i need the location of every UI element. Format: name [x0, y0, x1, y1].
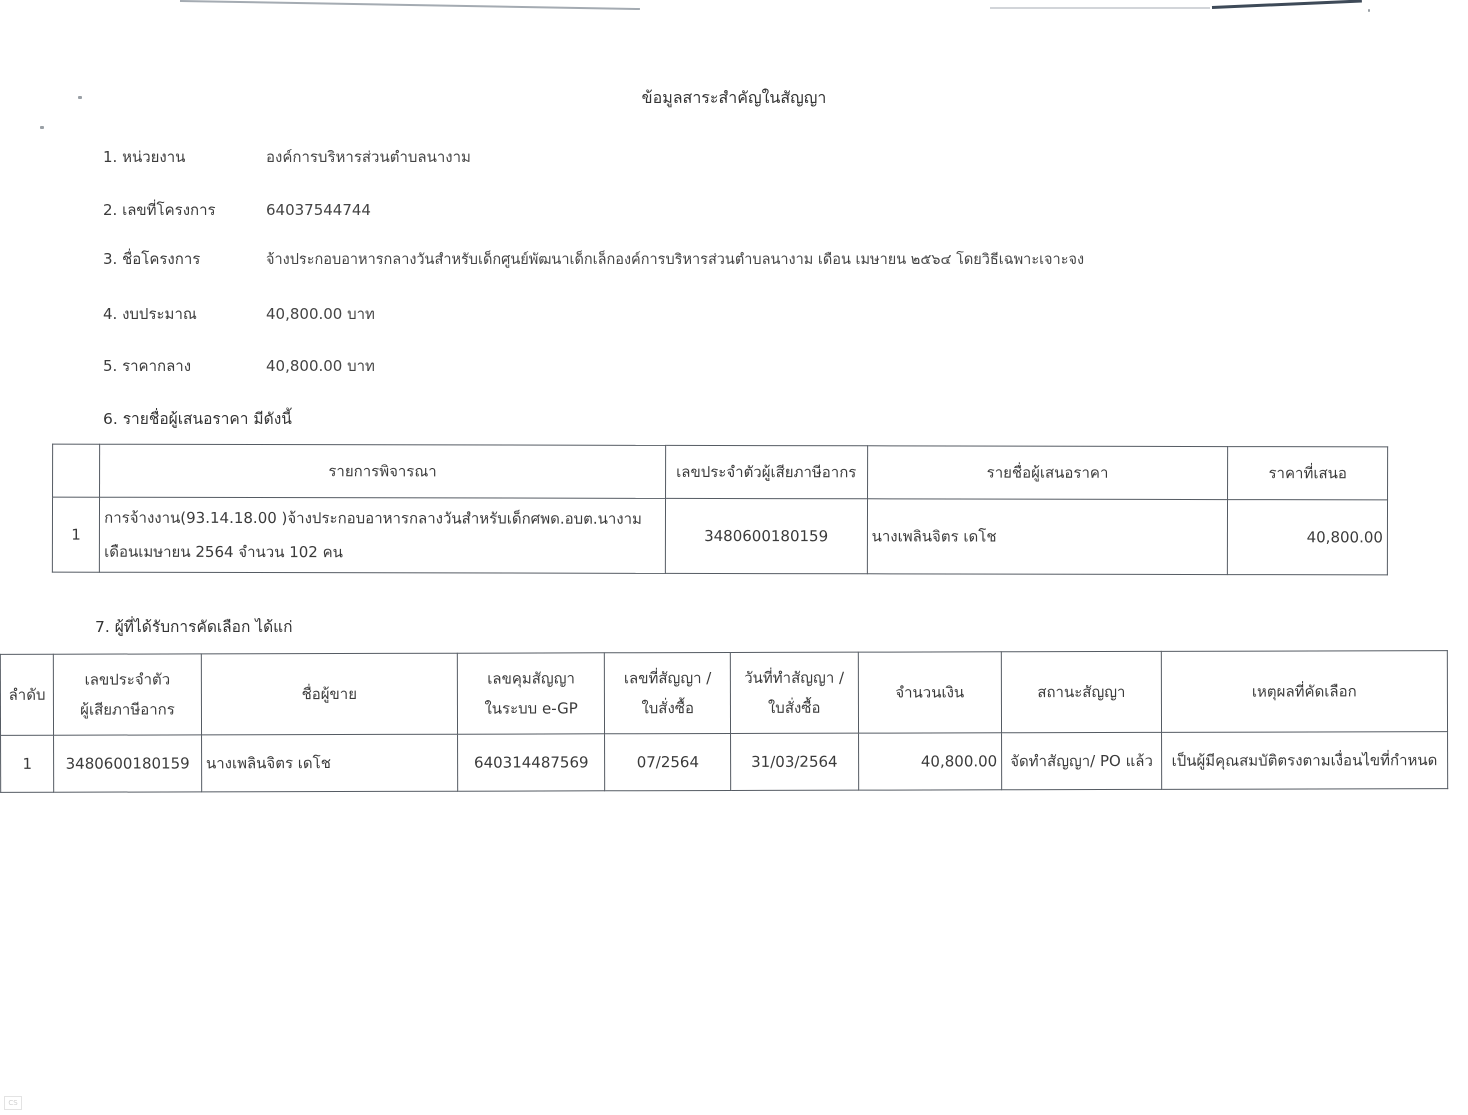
- column-header-seq: ลำดับ: [0, 654, 53, 735]
- field-project-name: 3. ชื่อโครงการ จ้างประกอบอาหารกลางวันสำห…: [103, 247, 1084, 271]
- header-text: วันที่ทำสัญญา /: [735, 663, 854, 693]
- column-header-egp-control: เลขคุมสัญญาในระบบ e-GP: [457, 653, 605, 734]
- winner-table: ลำดับ เลขประจำตัวผู้เสียภาษีอากร ชื่อผู้…: [0, 650, 1448, 793]
- header-text: ชื่อผู้ขาย: [302, 685, 358, 703]
- header-text: ผู้เสียภาษีอากร: [58, 694, 197, 724]
- field-label: 4. งบประมาณ: [103, 302, 266, 326]
- column-header-reason: เหตุผลที่คัดเลือก: [1161, 651, 1447, 733]
- header-text: เหตุผลที่คัดเลือก: [1252, 682, 1357, 700]
- field-value: จ้างประกอบอาหารกลางวันสำหรับเด็กศูนย์พัฒ…: [266, 248, 1084, 271]
- cell-bidder: นางเพลินจิตร เดโช: [867, 499, 1228, 575]
- cell-seller: นางเพลินจิตร เดโช: [201, 734, 457, 792]
- header-text: ใบสั่งซื้อ: [735, 693, 854, 723]
- header-text: เลขคุมสัญญา: [462, 663, 601, 693]
- table-row: 1 3480600180159 นางเพลินจิตร เดโช 640314…: [1, 732, 1448, 793]
- field-value: 64037544744: [266, 201, 371, 219]
- cell-item: การจ้างงาน(93.14.18.00 )จ้างประกอบอาหารก…: [100, 497, 666, 573]
- header-text: ใบสั่งซื้อ: [609, 693, 726, 723]
- column-header-tax-id: เลขประจำตัวผู้เสียภาษีอากร: [665, 445, 867, 498]
- cell-status: จัดทำสัญญา/ PO แล้ว: [1002, 732, 1162, 789]
- cell-egp-control: 640314487569: [457, 734, 605, 791]
- table-header-row: ลำดับ เลขประจำตัวผู้เสียภาษีอากร ชื่อผู้…: [0, 651, 1447, 736]
- cell-item-line2: เดือนเมษายน 2564 จำนวน 102 คน: [104, 535, 661, 570]
- scan-edge-right: [990, 7, 1210, 9]
- header-text: ในระบบ e-GP: [462, 693, 601, 723]
- column-header-bidder: รายชื่อผู้เสนอราคา: [867, 446, 1228, 500]
- field-label: 2. เลขที่โครงการ: [103, 198, 266, 222]
- bidders-table: รายการพิจารณา เลขประจำตัวผู้เสียภาษีอากร…: [52, 444, 1388, 576]
- cell-contract-date: 31/03/2564: [731, 733, 859, 790]
- scan-edge-left: [180, 0, 640, 10]
- field-project-number: 2. เลขที่โครงการ 64037544744: [103, 198, 371, 222]
- header-text: จำนวนเงิน: [895, 683, 964, 701]
- column-header-contract-no: เลขที่สัญญา /ใบสั่งซื้อ: [605, 652, 731, 733]
- field-value: 40,800.00 บาท: [266, 302, 375, 326]
- column-header-item: รายการพิจารณา: [100, 444, 666, 498]
- field-agency: 1. หน่วยงาน องค์การบริหารส่วนตำบลนางาม: [103, 145, 471, 169]
- field-value: 40,800.00 บาท: [266, 354, 375, 378]
- field-label: 5. ราคากลาง: [103, 354, 266, 378]
- cell-amount: 40,800.00: [858, 733, 1002, 790]
- scan-speck: [1368, 9, 1370, 12]
- field-budget: 4. งบประมาณ 40,800.00 บาท: [103, 302, 375, 326]
- column-header-contract-date: วันที่ทำสัญญา /ใบสั่งซื้อ: [730, 652, 858, 733]
- scanner-logo-icon: CS: [4, 1096, 22, 1110]
- field-label: 3. ชื่อโครงการ: [103, 247, 266, 271]
- section6-heading: 6. รายชื่อผู้เสนอราคา มีดังนี้: [103, 406, 292, 431]
- field-label: 1. หน่วยงาน: [103, 145, 266, 169]
- section7-heading: 7. ผู้ที่ได้รับการคัดเลือก ได้แก่: [95, 614, 293, 639]
- cell-no: 1: [52, 497, 99, 572]
- cell-contract-no: 07/2564: [605, 733, 731, 790]
- table-header-row: รายการพิจารณา เลขประจำตัวผู้เสียภาษีอากร…: [53, 444, 1388, 500]
- column-header-status: สถานะสัญญา: [1001, 651, 1161, 732]
- header-text: สถานะสัญญา: [1037, 683, 1125, 701]
- header-text: ลำดับ: [9, 686, 46, 704]
- cell-tax-id: 3480600180159: [54, 735, 202, 792]
- scan-edge-dark: [1212, 0, 1362, 9]
- header-text: เลขประจำตัว: [58, 664, 197, 694]
- column-header-amount: จำนวนเงิน: [858, 652, 1002, 733]
- table-row: 1 การจ้างงาน(93.14.18.00 )จ้างประกอบอาหา…: [52, 497, 1387, 575]
- document-title: ข้อมูลสาระสำคัญในสัญญา: [0, 86, 1468, 111]
- cell-tax-id: 3480600180159: [665, 498, 867, 573]
- cell-item-line1: การจ้างงาน(93.14.18.00 )จ้างประกอบอาหารก…: [104, 501, 661, 536]
- column-header-price: ราคาที่เสนอ: [1228, 447, 1388, 500]
- column-header-no: [53, 444, 100, 497]
- column-header-seller: ชื่อผู้ขาย: [201, 653, 457, 735]
- column-header-tax-id: เลขประจำตัวผู้เสียภาษีอากร: [54, 654, 202, 735]
- header-text: เลขที่สัญญา /: [609, 663, 726, 693]
- field-median-price: 5. ราคากลาง 40,800.00 บาท: [103, 354, 375, 378]
- field-value: องค์การบริหารส่วนตำบลนางาม: [266, 145, 471, 169]
- cell-reason: เป็นผู้มีคุณสมบัติตรงตามเงื่อนไขที่กำหนด: [1161, 732, 1447, 790]
- cell-price: 40,800.00: [1228, 500, 1388, 575]
- scan-speck: [40, 126, 44, 129]
- cell-seq: 1: [1, 735, 54, 792]
